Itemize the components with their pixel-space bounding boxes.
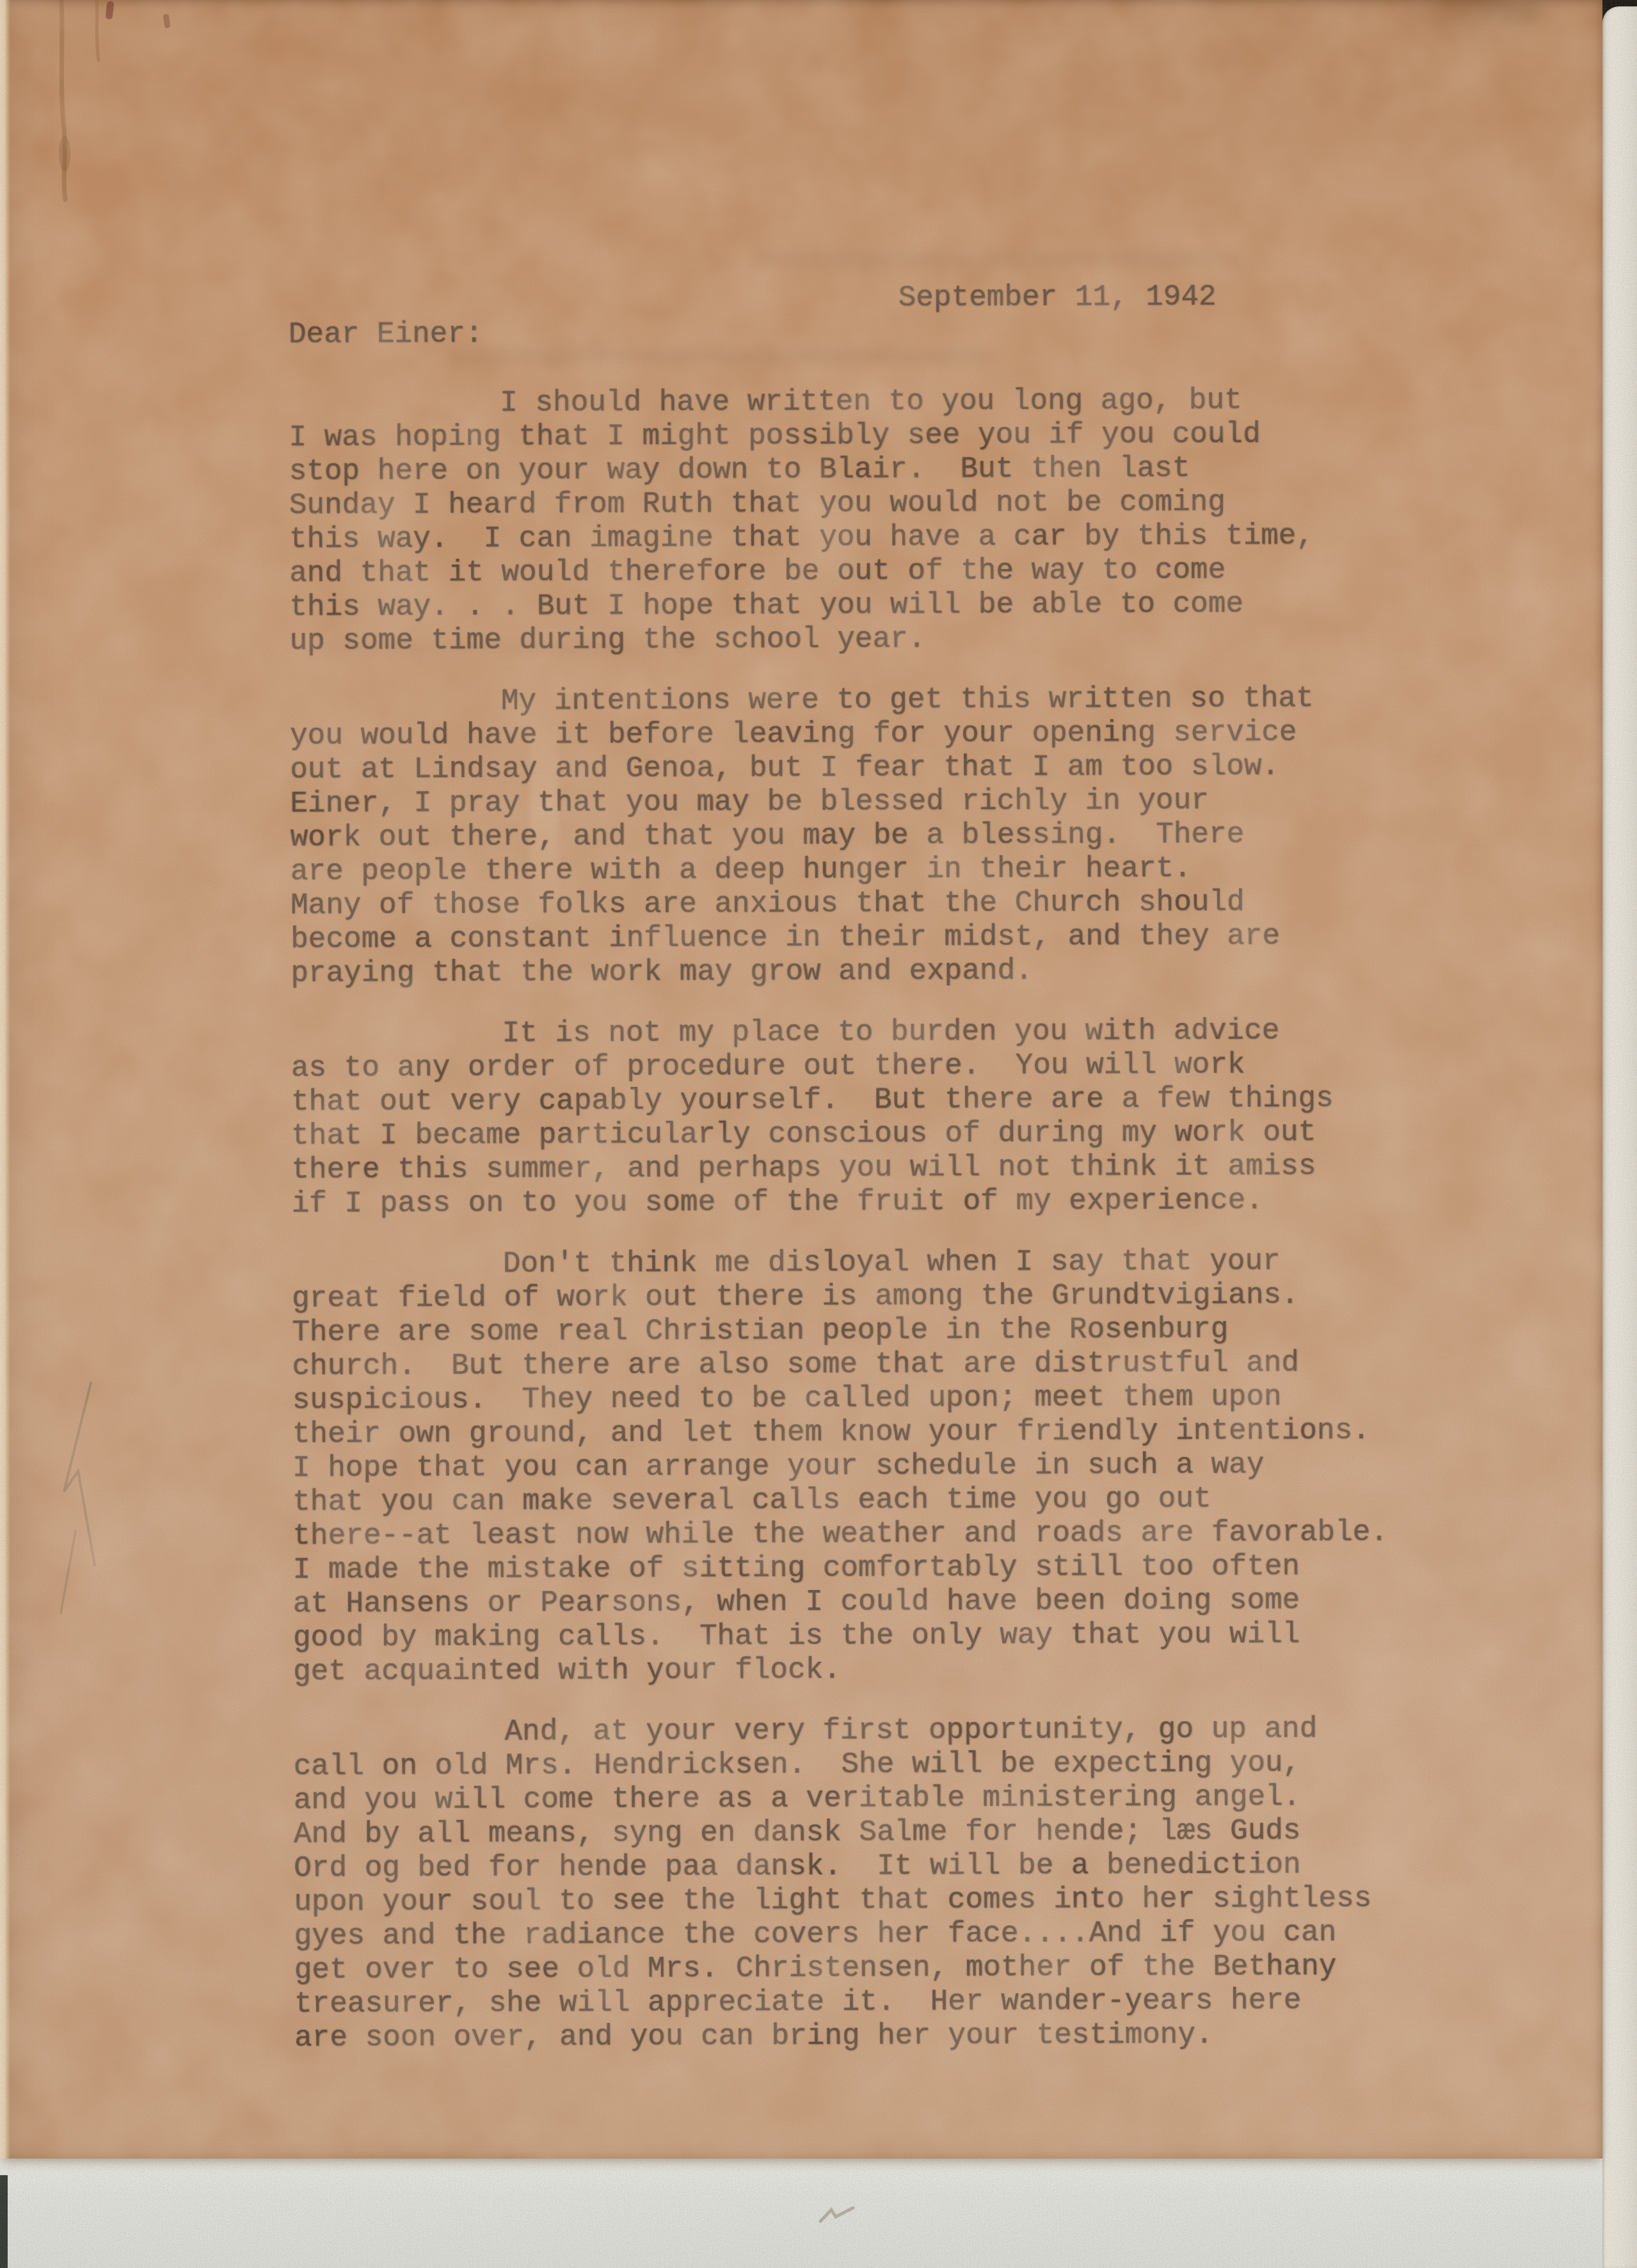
- letter-paragraph: I should have written to you long ago, b…: [289, 383, 1441, 659]
- letter-paragraph: My intentions were to get this written s…: [290, 682, 1443, 991]
- salutation: Dear Einer:: [289, 318, 483, 352]
- scanner-backing-bottom: [0, 2159, 1637, 2268]
- backing-sheet-right: [1602, 6, 1637, 2268]
- letter-body: I should have written to you long ago, b…: [289, 383, 1446, 2082]
- letter-paragraph: And, at your very first opportunity, go …: [293, 1712, 1446, 2055]
- letter-paragraph: Don't think me disloyal when I say that …: [292, 1244, 1445, 1689]
- letter-paragraph: It is not my place to burden you with ad…: [291, 1014, 1444, 1221]
- letter-text: September 11, 1942 Dear Einer: I should …: [0, 0, 1602, 2159]
- date-line: September 11, 1942: [898, 280, 1217, 316]
- letter-paper: September 11, 1942 Dear Einer: I should …: [0, 0, 1602, 2159]
- scanned-letter-page: September 11, 1942 Dear Einer: I should …: [0, 0, 1637, 2268]
- scanner-corner-strip: [0, 2175, 8, 2268]
